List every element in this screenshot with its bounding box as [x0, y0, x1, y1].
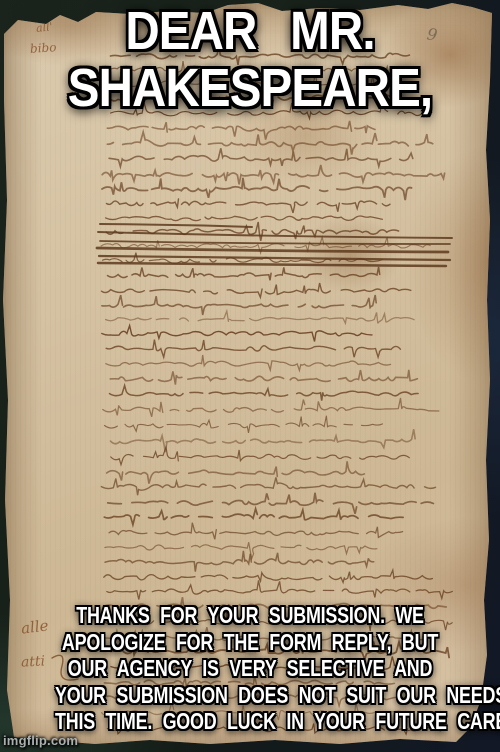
caption-line: APOLOGIZE FOR THE FORM REPLY, BUT — [55, 629, 445, 656]
bottom-caption: THANKS FOR YOUR SUBMISSION. WE APOLOGIZE… — [0, 602, 500, 735]
imgflip-watermark: imgflip.com — [3, 733, 78, 748]
caption-line: DEAR MR. — [30, 3, 470, 60]
top-caption: DEAR MR. SHAKESPEARE, — [0, 3, 500, 117]
caption-line: YOUR SUBMISSION DOES NOT SUIT OUR NEEDS … — [55, 682, 445, 709]
caption-line: THIS TIME. GOOD LUCK IN YOUR FUTURE CARE… — [55, 708, 445, 735]
caption-line: OUR AGENCY IS VERY SELECTIVE AND — [55, 655, 445, 682]
caption-line: THANKS FOR YOUR SUBMISSION. WE — [55, 602, 445, 629]
meme-image: all' bibo alle atti 9 DEAR MR. SHAKESPEA… — [0, 0, 500, 752]
caption-line: SHAKESPEARE, — [30, 60, 470, 117]
